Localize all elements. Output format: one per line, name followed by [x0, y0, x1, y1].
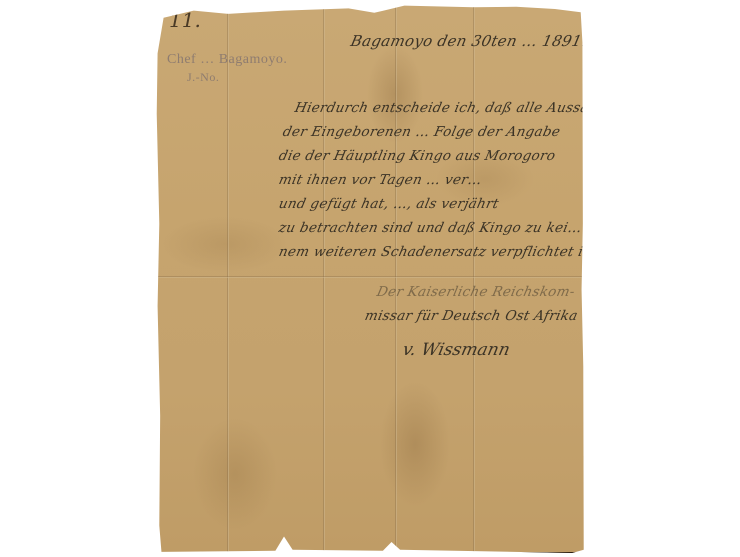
body-line: Hierdurch entscheide ich, daß alle Aussa…: [293, 100, 616, 116]
fold-line: [227, 4, 229, 553]
body-line: der Eingeborenen … Folge der Angabe: [281, 124, 562, 140]
body-line: zu betrachten sind und daß Kingo zu kei…: [277, 220, 583, 236]
fold-line: [323, 4, 325, 553]
fold-line: [473, 4, 475, 553]
fold-line: [395, 4, 397, 553]
dateline: Bagamoyo den 30ten … 1891.: [349, 32, 589, 50]
fold-line: [155, 276, 585, 278]
closing-line: missar für Deutsch Ost Afrika: [363, 308, 579, 324]
body-line: die der Häuptling Kingo aus Morogoro: [277, 148, 557, 164]
corner-marks: 11.: [169, 8, 201, 32]
closing-line: Der Kaiserliche Reichskom-: [375, 284, 576, 300]
stamp-line-2: J.-No.: [187, 70, 219, 85]
body-line: nem weiteren Schadenersatz verpflichtet …: [277, 244, 602, 260]
stamp-line-1: Chef … Bagamoyo.: [167, 52, 287, 68]
body-line: und gefügt hat, …, als verjährt: [277, 196, 500, 212]
body-line: mit ihnen vor Tagen … ver…: [277, 172, 483, 188]
signature: v. Wissmann: [401, 340, 512, 360]
letter-paper: 11. Chef … Bagamoyo. J.-No. Bagamoyo den…: [155, 4, 585, 553]
